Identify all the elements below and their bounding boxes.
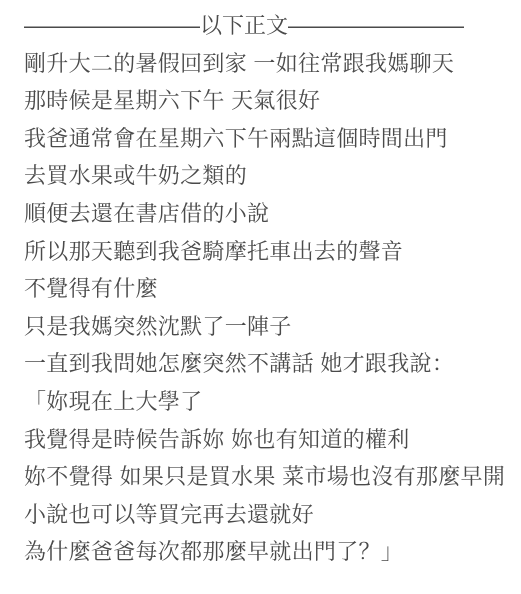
post-body: 剛升大二的暑假回到家 一如往常跟我媽聊天那時候是星期六下午 天氣很好我爸通常會在… xyxy=(24,45,513,571)
text-line: 小說也可以等買完再去還就好 xyxy=(24,496,513,534)
text-line: 一直到我問她怎麼突然不講話 她才跟我說： xyxy=(24,345,513,383)
text-line: 妳不覺得 如果只是買水果 菜市場也沒有那麼早開 xyxy=(24,458,513,496)
text-line: 只是我媽突然沈默了一陣子 xyxy=(24,308,513,346)
text-line: 我爸通常會在星期六下午兩點這個時間出門 xyxy=(24,120,513,158)
text-line: 順便去還在書店借的小說 xyxy=(24,195,513,233)
separator-line: ————————以下正文———————— xyxy=(24,7,513,45)
text-line: 那時候是星期六下午 天氣很好 xyxy=(24,82,513,120)
text-line: 剛升大二的暑假回到家 一如往常跟我媽聊天 xyxy=(24,45,513,83)
text-line: 「妳現在上大學了 xyxy=(24,383,513,421)
text-line: 我覺得是時候告訴妳 妳也有知道的權利 xyxy=(24,421,513,459)
text-line: 去買水果或牛奶之類的 xyxy=(24,157,513,195)
text-line: 不覺得有什麼 xyxy=(24,270,513,308)
text-line: 所以那天聽到我爸騎摩托車出去的聲音 xyxy=(24,233,513,271)
post-content: ————————以下正文———————— 剛升大二的暑假回到家 一如往常跟我媽聊… xyxy=(0,0,521,571)
text-line: 為什麼爸爸每次都那麼早就出門了？」 xyxy=(24,533,513,571)
